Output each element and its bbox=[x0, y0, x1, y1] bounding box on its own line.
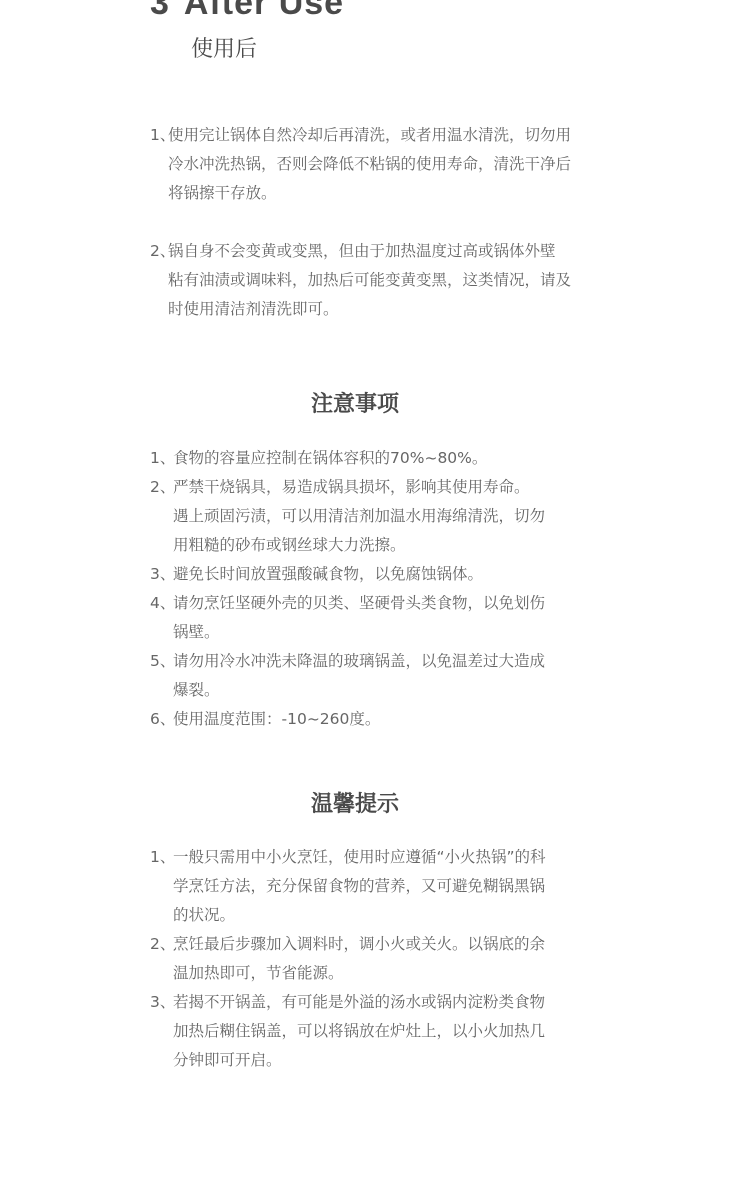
precautions-list: 1、 食物的容量应控制在锅体容积的70%~80%。 2、 严禁干烧锅具，易造成锅… bbox=[150, 444, 590, 734]
item-index: 6、 bbox=[150, 705, 175, 734]
tips-list: 1、 一般只需用中小火烹饪，使用时应遵循“小火热锅”的科 学烹饪方法，充分保留食… bbox=[150, 843, 590, 1075]
item-line: 爆裂。 bbox=[173, 676, 590, 705]
item-line: 加热后糊住锅盖，可以将锅放在炉灶上，以小火加热几 bbox=[173, 1017, 590, 1046]
item-index: 2、 bbox=[150, 930, 175, 959]
item-line: 一般只需用中小火烹饪，使用时应遵循“小火热锅”的科 bbox=[173, 843, 590, 872]
list-item: 5、 请勿用冷水冲洗未降温的玻璃锅盖，以免温差过大造成 爆裂。 bbox=[150, 647, 590, 705]
item-index: 4、 bbox=[150, 589, 175, 618]
after-use-item-1: 1、 使用完让锅体自然冷却后再清洗，或者用温水清洗，切勿用 冷水冲洗热锅，否则会… bbox=[150, 121, 610, 208]
list-item: 3、 若揭不开锅盖，有可能是外溢的汤水或锅内淀粉类食物 加热后糊住锅盖，可以将锅… bbox=[150, 988, 590, 1075]
section-number: 3 bbox=[150, 0, 170, 22]
item-line: 粘有油渍或调味料，加热后可能变黄变黑，这类情况，请及 bbox=[168, 266, 610, 295]
list-item: 1、 食物的容量应控制在锅体容积的70%~80%。 bbox=[150, 444, 590, 473]
item-line: 请勿用冷水冲洗未降温的玻璃锅盖，以免温差过大造成 bbox=[173, 647, 590, 676]
list-item: 6、 使用温度范围：-10~260度。 bbox=[150, 705, 590, 734]
list-item: 1、 一般只需用中小火烹饪，使用时应遵循“小火热锅”的科 学烹饪方法，充分保留食… bbox=[150, 843, 590, 930]
item-index: 5、 bbox=[150, 647, 175, 676]
item-line: 锅自身不会变黄或变黑，但由于加热温度过高或锅体外壁 bbox=[168, 237, 610, 266]
after-use-item-2: 2、 锅自身不会变黄或变黑，但由于加热温度过高或锅体外壁 粘有油渍或调味料，加热… bbox=[150, 237, 610, 324]
item-line: 的状况。 bbox=[173, 901, 590, 930]
item-line: 若揭不开锅盖，有可能是外溢的汤水或锅内淀粉类食物 bbox=[173, 988, 590, 1017]
item-line: 用粗糙的砂布或钢丝球大力洗擦。 bbox=[173, 531, 590, 560]
item-line: 学烹饪方法，充分保留食物的营养，又可避免糊锅黑锅 bbox=[173, 872, 590, 901]
item-index: 1、 bbox=[150, 843, 175, 872]
item-line: 锅壁。 bbox=[173, 618, 590, 647]
item-line: 冷水冲洗热锅，否则会降低不粘锅的使用寿命，清洗干净后 bbox=[168, 150, 610, 179]
tips-title: 温馨提示 bbox=[0, 790, 710, 820]
item-line: 温加热即可，节省能源。 bbox=[173, 959, 590, 988]
item-index: 1、 bbox=[150, 121, 175, 150]
item-line: 遇上顽固污渍，可以用清洁剂加温水用海绵清洗，切勿 bbox=[173, 502, 590, 531]
item-line: 使用完让锅体自然冷却后再清洗，或者用温水清洗，切勿用 bbox=[168, 121, 610, 150]
section-title-zh: 使用后 bbox=[191, 35, 257, 65]
item-line: 分钟即可开启。 bbox=[173, 1046, 590, 1075]
item-index: 3、 bbox=[150, 988, 175, 1017]
list-item: 4、 请勿烹饪坚硬外壳的贝类、坚硬骨头类食物，以免划伤 锅壁。 bbox=[150, 589, 590, 647]
item-index: 3、 bbox=[150, 560, 175, 589]
item-line: 避免长时间放置强酸碱食物，以免腐蚀锅体。 bbox=[173, 560, 590, 589]
list-item: 2、 严禁干烧锅具，易造成锅具损坏，影响其使用寿命。 遇上顽固污渍，可以用清洁剂… bbox=[150, 473, 590, 560]
item-line: 时使用清洁剂清洗即可。 bbox=[168, 295, 610, 324]
item-line: 食物的容量应控制在锅体容积的70%~80%。 bbox=[173, 444, 590, 473]
item-line: 将锅擦干存放。 bbox=[168, 179, 610, 208]
section-title-en: After Use bbox=[184, 0, 344, 22]
item-index: 2、 bbox=[150, 473, 175, 502]
item-line: 请勿烹饪坚硬外壳的贝类、坚硬骨头类食物，以免划伤 bbox=[173, 589, 590, 618]
item-line: 严禁干烧锅具，易造成锅具损坏，影响其使用寿命。 bbox=[173, 473, 590, 502]
precautions-title: 注意事项 bbox=[0, 390, 710, 420]
item-line: 烹饪最后步骤加入调料时，调小火或关火。以锅底的余 bbox=[173, 930, 590, 959]
section-number-title: 3After Use bbox=[150, 0, 344, 20]
item-index: 2、 bbox=[150, 237, 175, 266]
list-item: 3、 避免长时间放置强酸碱食物，以免腐蚀锅体。 bbox=[150, 560, 590, 589]
item-line: 使用温度范围：-10~260度。 bbox=[173, 705, 590, 734]
item-index: 1、 bbox=[150, 444, 175, 473]
list-item: 2、 烹饪最后步骤加入调料时，调小火或关火。以锅底的余 温加热即可，节省能源。 bbox=[150, 930, 590, 988]
